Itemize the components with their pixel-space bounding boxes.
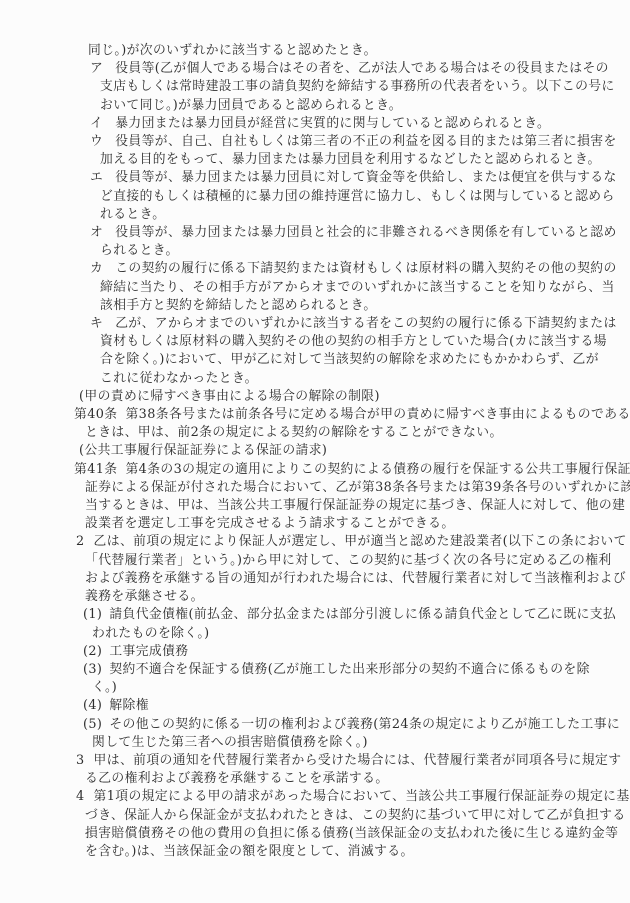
text-line: (5)その他この契約に係る一切の権利および義務(第24条の規定により乙が施工した… [0, 716, 602, 734]
line-text: 同じ。)が次のいずれかに該当すると認めたとき。 [88, 43, 377, 58]
line-text: ど直接的もしくは積極的に暴力団の維持運営に協力し、もしくは関与していると認めら [100, 189, 615, 204]
text-line: づき、保証人から保証金が支払われたときは、この契約に基づいて甲に対して乙が負担す… [0, 807, 602, 825]
text-line: (4)解除権 [0, 697, 602, 715]
line-text: 請負代金債権(前払金、部分払金または部分引渡しに係る請負代金として乙に既に支払 [109, 607, 616, 622]
line-text: 乙は、前項の規定により保証人が選定し、甲が適当と認めた建設業者(以下この条におい… [94, 534, 627, 549]
text-line: イ暴力団または暴力団員が経営に実質的に関与していると認められるとき。 [0, 115, 602, 133]
line-marker: イ [90, 115, 103, 133]
text-line: 関して生じた第三者への損害賠償債務を除く。) [0, 734, 602, 752]
text-line: 締結に当たり、その相手方がアからオまでのいずれかに該当することを知りながら、当 [0, 279, 602, 297]
line-text: 義務を承継させる。 [85, 589, 204, 604]
document-page: 同じ。)が次のいずれかに該当すると認めたとき。ア役員等(乙が個人である場合はその… [0, 0, 630, 903]
line-text: 甲は、前項の通知を代替履行業者から受けた場合には、代替履行業者が同項各号に規定す [94, 753, 622, 768]
text-line: 2乙は、前項の規定により保証人が選定し、甲が適当と認めた建設業者(以下この条にお… [0, 533, 602, 551]
text-line: 資材もしくは原材料の購入契約その他の契約の相手方としていた場合(カに該当する場 [0, 333, 602, 351]
line-marker: (2) [83, 643, 102, 661]
text-line: ウ役員等が、自己、自社もしくは第三者の不正の利益を図る目的または第三者に損害を [0, 133, 602, 151]
text-line: (公共工事履行保証証券による保証の請求) [0, 442, 602, 460]
text-line: 「代替履行業者」という。)から甲に対して、この契約に基づく次の各号に定める乙の権… [0, 552, 602, 570]
line-text: 証券による保証が付された場合において、乙が第38条各号または第39条各号のいずれ… [85, 480, 630, 495]
document-body: 同じ。)が次のいずれかに該当すると認めたとき。ア役員等(乙が個人である場合はその… [0, 0, 630, 861]
line-text: られるとき。 [100, 243, 179, 258]
line-text: る乙の権利および義務を承継することを承諾する。 [85, 771, 389, 786]
text-line: 当するときは、甲は、当該公共工事履行保証証券の規定に基づき、保証人に対して、他の… [0, 497, 602, 515]
line-text: を含む。)は、当該保証金の額を限度として、消滅する。 [85, 844, 414, 859]
text-line: ど直接的もしくは積極的に暴力団の維持運営に協力し、もしくは関与していると認めら [0, 188, 602, 206]
line-text: 契約不適合を保証する債務(乙が施工した出来形部分の契約不適合に係るものを除 [109, 662, 589, 677]
text-line: を含む。)は、当該保証金の額を限度として、消滅する。 [0, 843, 602, 861]
text-line: く。) [0, 679, 602, 697]
line-text: 第1項の規定による甲の請求があった場合において、当該公共工事履行保証証券の規定に… [94, 789, 630, 804]
text-line: れるとき。 [0, 206, 602, 224]
text-line: られるとき。 [0, 242, 602, 260]
text-line: (甲の責めに帰すべき事由による場合の解除の制限) [0, 388, 602, 406]
text-line: 第40条第38条各号または前条各号に定める場合が甲の責めに帰すべき事由によるもの… [0, 406, 602, 424]
line-text: 役員等が、暴力団または暴力団員に対して資金等を供給し、または便宜を供与するな [115, 170, 616, 185]
line-marker: 第41条 [74, 461, 117, 479]
text-line: および義務を承継する旨の通知が行われた場合には、代替履行業者に対して当該権利およ… [0, 570, 602, 588]
text-line: 第41条第4条の3の規定の適用によりこの契約による債務の履行を保証する公共工事履… [0, 461, 602, 479]
line-text: れるとき。 [100, 207, 165, 222]
line-text: および義務を承継する旨の通知が行われた場合には、代替履行業者に対して当該権利およ… [85, 571, 626, 586]
text-line: オ役員等が、暴力団または暴力団員と社会的に非難されるべき関係を有していると認め [0, 224, 602, 242]
text-line: (2)工事完成債務 [0, 643, 602, 661]
line-text: 工事完成債務 [109, 644, 188, 659]
line-marker: 第40条 [74, 406, 117, 424]
line-text: 役員等が、自己、自社もしくは第三者の不正の利益を図る目的または第三者に損害を [115, 134, 616, 149]
line-text: (公共工事履行保証証券による保証の請求) [79, 443, 327, 458]
line-text: 乙が、アからオまでのいずれかに該当する者をこの契約の履行に係る下請契約または [115, 316, 616, 331]
text-line: カこの契約の履行に係る下請契約または資材もしくは原材料の購入契約その他の契約の [0, 260, 602, 278]
line-marker: (4) [83, 697, 102, 715]
text-line: これに従わなかったとき。 [0, 370, 602, 388]
text-line: 設業者を選定し工事を完成させるよう請求することができる。 [0, 515, 602, 533]
text-line: (1)請負代金債権(前払金、部分払金または部分引渡しに係る請負代金として乙に既に… [0, 606, 602, 624]
text-line: 損害賠償債務その他の費用の負担に係る債務(当該保証金の支払われた後に生じる違約金… [0, 825, 602, 843]
text-line: 証券による保証が付された場合において、乙が第38条各号または第39条各号のいずれ… [0, 479, 602, 497]
text-line: 3甲は、前項の通知を代替履行業者から受けた場合には、代替履行業者が同項各号に規定… [0, 752, 602, 770]
line-text: 第38条各号または前条各号に定める場合が甲の責めに帰すべき事由によるものである [125, 407, 630, 422]
text-line: ア役員等(乙が個人である場合はその者を、乙が法人である場合はその役員またはその [0, 60, 602, 78]
text-line: 4第1項の規定による甲の請求があった場合において、当該公共工事履行保証証券の規定… [0, 788, 602, 806]
line-text: 役員等(乙が個人である場合はその者を、乙が法人である場合はその役員またはその [115, 61, 609, 76]
line-marker: カ [90, 260, 103, 278]
text-line: ときは、甲は、前2条の規定による契約の解除をすることができない。 [0, 424, 602, 442]
line-text: 該相手方と契約を締結したと認められるとき。 [100, 298, 377, 313]
text-line: る乙の権利および義務を承継することを承諾する。 [0, 770, 602, 788]
line-text: く。) [92, 680, 117, 695]
text-line: 該相手方と契約を締結したと認められるとき。 [0, 297, 602, 315]
text-line: 同じ。)が次のいずれかに該当すると認めたとき。 [0, 42, 602, 60]
line-marker: エ [90, 169, 103, 187]
text-line: おいて同じ。)が暴力団員であると認められるとき。 [0, 97, 602, 115]
line-marker: ア [90, 60, 103, 78]
line-text: 資材もしくは原材料の購入契約その他の契約の相手方としていた場合(カに該当する場 [100, 334, 607, 349]
line-text: 第4条の3の規定の適用によりこの契約による債務の履行を保証する公共工事履行保証 [125, 462, 630, 477]
line-text: 加える目的をもって、暴力団または暴力団員を利用するなどしたと認められるとき。 [100, 152, 601, 167]
text-line: 加える目的をもって、暴力団または暴力団員を利用するなどしたと認められるとき。 [0, 151, 602, 169]
text-line: (3)契約不適合を保証する債務(乙が施工した出来形部分の契約不適合に係るものを除 [0, 661, 602, 679]
line-text: ときは、甲は、前2条の規定による契約の解除をすることができない。 [85, 425, 503, 440]
line-marker: オ [90, 224, 103, 242]
line-text: 設業者を選定し工事を完成させるよう請求することができる。 [85, 516, 455, 531]
line-text: 関して生じた第三者への損害賠償債務を除く。) [92, 735, 368, 750]
line-text: 締結に当たり、その相手方がアからオまでのいずれかに該当することを知りながら、当 [100, 280, 615, 295]
line-text: その他この契約に係る一切の権利および義務(第24条の規定により乙が施工した工事に [109, 717, 620, 732]
line-text: 支店もしくは常時建設工事の請負契約を締結する事務所の代表者をいう。以下この号に [100, 79, 615, 94]
line-text: づき、保証人から保証金が支払われたときは、この契約に基づいて甲に対して乙が負担す… [85, 808, 626, 823]
line-text: 「代替履行業者」という。)から甲に対して、この契約に基づく次の各号に定める乙の権… [85, 553, 612, 568]
line-marker: キ [90, 315, 103, 333]
line-text: 当するときは、甲は、当該公共工事履行保証証券の規定に基づき、保証人に対して、他の… [85, 498, 625, 513]
line-text: これに従わなかったとき。 [100, 371, 258, 386]
line-text: 解除権 [109, 698, 149, 713]
line-text: おいて同じ。)が暴力団員であると認められるとき。 [100, 98, 402, 113]
line-text: 合を除く。)において、甲が乙に対して当該契約の解除を求めたにもかかわらず、乙が [100, 352, 599, 367]
text-line: 合を除く。)において、甲が乙に対して当該契約の解除を求めたにもかかわらず、乙が [0, 351, 602, 369]
line-marker: (1) [83, 606, 102, 624]
line-marker: ウ [90, 133, 103, 151]
line-marker: (5) [83, 716, 102, 734]
line-marker: 2 [76, 533, 85, 551]
line-marker: 3 [76, 752, 85, 770]
line-text: 損害賠償債務その他の費用の負担に係る債務(当該保証金の支払われた後に生じる違約金… [85, 826, 618, 841]
text-line: 支店もしくは常時建設工事の請負契約を締結する事務所の代表者をいう。以下この号に [0, 78, 602, 96]
line-text: (甲の責めに帰すべき事由による場合の解除の制限) [79, 389, 380, 404]
text-line: われたものを除く。) [0, 625, 602, 643]
text-line: 義務を承継させる。 [0, 588, 602, 606]
line-text: われたものを除く。) [92, 626, 210, 641]
line-marker: 4 [76, 788, 85, 806]
line-text: 役員等が、暴力団または暴力団員と社会的に非難されるべき関係を有していると認め [115, 225, 616, 240]
line-text: 暴力団または暴力団員が経営に実質的に関与していると認められるとき。 [115, 116, 550, 131]
line-text: この契約の履行に係る下請契約または資材もしくは原材料の購入契約その他の契約の [115, 261, 616, 276]
line-marker: (3) [83, 661, 102, 679]
text-line: キ乙が、アからオまでのいずれかに該当する者をこの契約の履行に係る下請契約または [0, 315, 602, 333]
text-line: エ役員等が、暴力団または暴力団員に対して資金等を供給し、または便宜を供与するな [0, 169, 602, 187]
